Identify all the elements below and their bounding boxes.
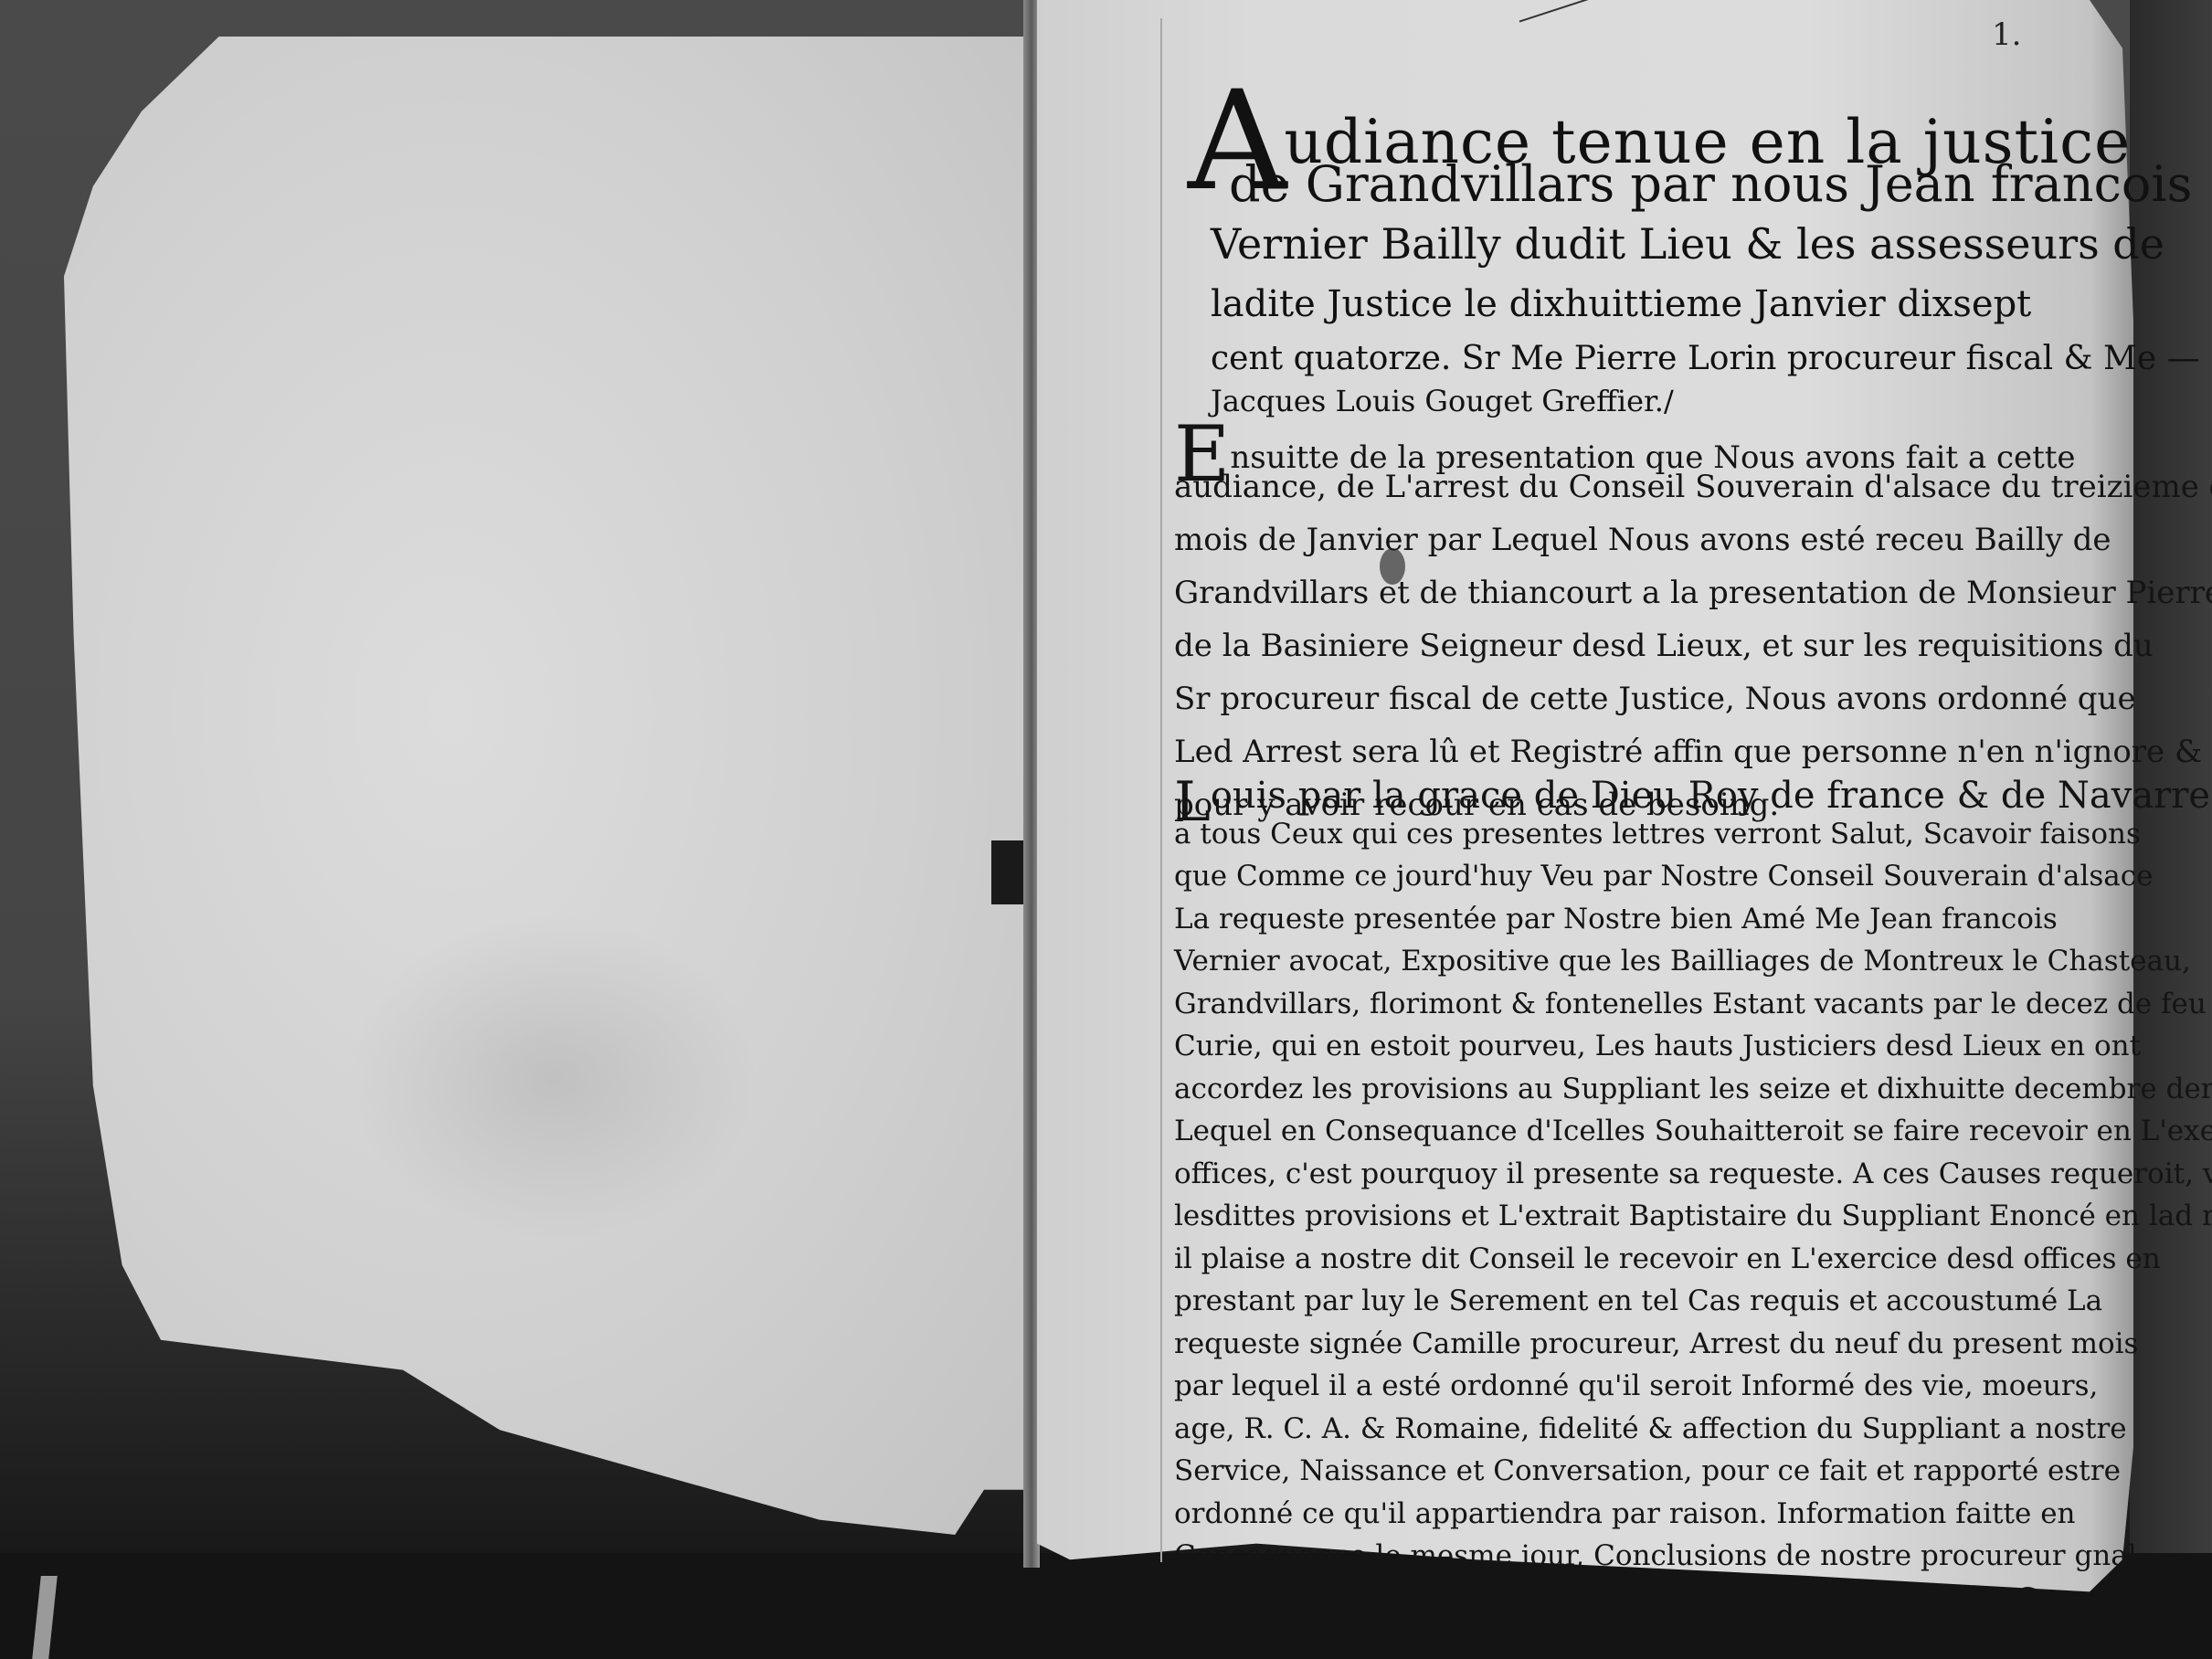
heading-line-5: cent quatorze. Sr Me Pierre Lorin procur… — [1211, 340, 2200, 377]
water-stain — [347, 914, 758, 1242]
manuscript-line: offices, c'est pourquoy il presente sa r… — [1174, 1157, 2212, 1190]
left-page-blank — [64, 37, 1032, 1535]
manuscript-line: que Comme ce jourd'huy Veu par Nostre Co… — [1174, 860, 2153, 893]
manuscript-line: Consequance le mesme jour, Conclusions d… — [1174, 1539, 2137, 1572]
manuscript-line: requeste signée Camille procureur, Arres… — [1174, 1327, 2138, 1360]
margin-rule — [1160, 18, 1162, 1562]
manuscript-line: Sr procureur fiscal de cette Justice, No… — [1174, 681, 2136, 717]
manuscript-line: Service, Naissance et Conversation, pour… — [1174, 1454, 2121, 1487]
heading-line-2: de Grandvillars par nous Jean francois — [1229, 155, 2192, 213]
manuscript-line: age, R. C. A. & Romaine, fidelité & affe… — [1174, 1412, 2127, 1445]
manuscript-line: La requeste presentée par Nostre bien Am… — [1174, 903, 2058, 935]
manuscript-line: Led Arrest sera lû et Registré affin que… — [1174, 734, 2202, 770]
manuscript-line: il plaise a nostre dit Conseil le recevo… — [1174, 1242, 2161, 1275]
manuscript-line: accordez les provisions au Suppliant les… — [1174, 1073, 2212, 1105]
heading-line-4: ladite Justice le dixhuittieme Janvier d… — [1211, 283, 2031, 325]
manuscript-line: Grandvillars, florimont & fontenelles Es… — [1174, 988, 2212, 1020]
manuscript-line: Grandvillars et de thiancourt a la prese… — [1174, 575, 2212, 611]
manuscript-line: Ouy le rapport de Me Joseph Jacques Balt… — [1174, 1582, 2162, 1615]
manuscript-line: Lequel en Consequance d'Icelles Souhaitt… — [1174, 1115, 2212, 1147]
manuscript-line: ordonné ce qu'il appartiendra par raison… — [1174, 1497, 2076, 1530]
manuscript-line: prestant par luy le Serement en tel Cas … — [1174, 1284, 2102, 1317]
manuscript-line: par lequel il a esté ordonné qu'il seroi… — [1174, 1369, 2098, 1402]
manuscript-line: a tous Ceux qui ces presentes lettres ve… — [1174, 818, 2141, 851]
manuscript-line: de la Basiniere Seigneur desd Lieux, et … — [1174, 628, 2154, 664]
heading-line-6: Jacques Louis Gouget Greffier./ — [1211, 384, 1674, 418]
manuscript-line: mois de Janvier par Lequel Nous avons es… — [1174, 522, 2111, 558]
manuscript-line: audiance, de L'arrest du Conseil Souvera… — [1174, 469, 2212, 505]
manuscript-line: Vernier avocat, Expositive que les Baill… — [1174, 945, 2191, 977]
manuscript-line: Curie, qui en estoit pourveu, Les hauts … — [1174, 1030, 2141, 1062]
page-tear — [991, 840, 1028, 904]
manuscript-line: lesdittes provisions et L'extrait Baptis… — [1174, 1199, 2212, 1232]
heading-line-3: Vernier Bailly dudit Lieu & les assesseu… — [1211, 219, 2164, 269]
folio-number: 1. — [1992, 16, 2021, 53]
